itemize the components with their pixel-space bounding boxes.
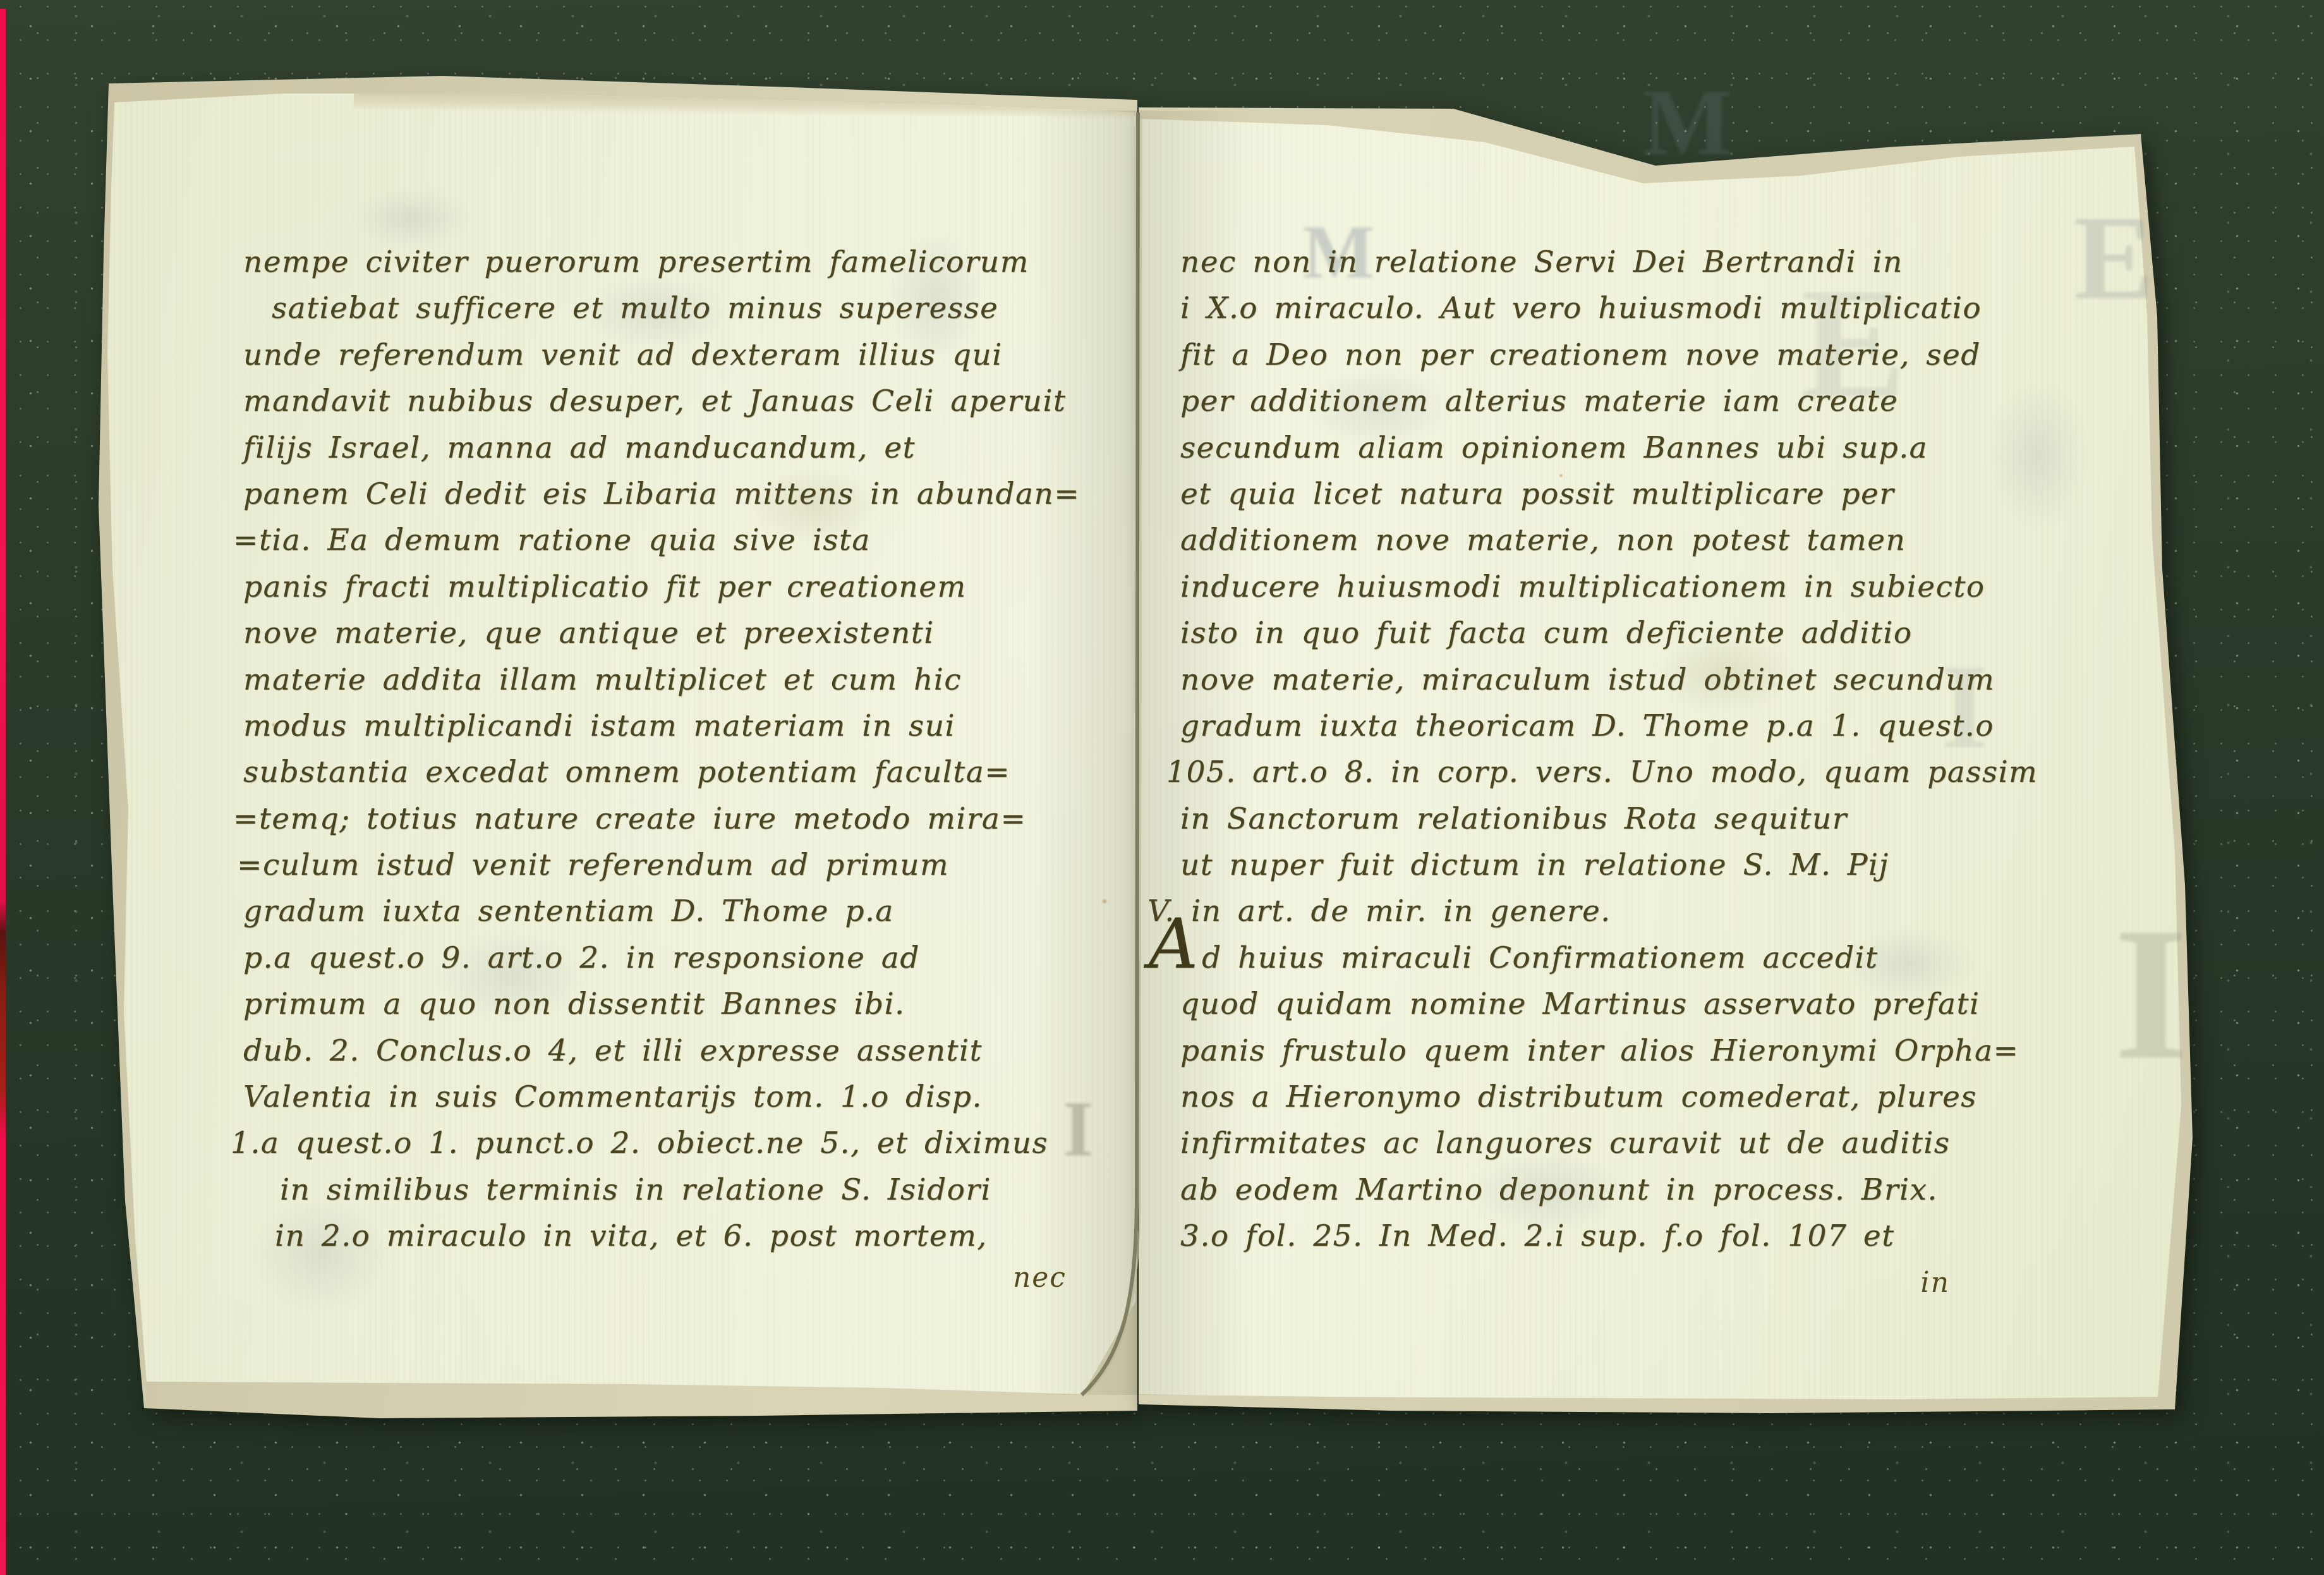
manuscript-line: filijs Israel, manna ad manducandum, et — [243, 425, 1122, 471]
manuscript-line: =culum istud venit referendum ad primum — [237, 842, 1122, 888]
manuscript-line: nec non in relatione Servi Dei Bertrandi… — [1180, 239, 2093, 285]
manuscript-line: in similibus terminis in relatione S. Is… — [280, 1167, 1122, 1213]
manuscript-line: quod quidam nomine Martinus asservato pr… — [1180, 981, 2093, 1027]
manuscript-line: satiebat sufficere et multo minus supere… — [272, 285, 1122, 331]
left-page-text: nempe civiter puerorum presertim famelic… — [243, 239, 1122, 1260]
manuscript-line: p.a quest.o 9. art.o 2. in responsione a… — [243, 935, 1122, 981]
manuscript-line: 1.a quest.o 1. punct.o 2. obiect.ne 5., … — [231, 1120, 1122, 1166]
manuscript-line: per additionem alterius materie iam crea… — [1180, 378, 2093, 424]
manuscript-line: panis frustulo quem inter alios Hieronym… — [1180, 1028, 2093, 1074]
manuscript-line: 105. art.o 8. in corp. vers. Uno modo, q… — [1166, 749, 2093, 795]
manuscript-line: =tia. Ea demum ratione quia sive ista — [233, 517, 1122, 563]
manuscript-line: nos a Hieronymo distributum comederat, p… — [1180, 1074, 2093, 1120]
manuscript-line: nove materie, que antique et preexistent… — [243, 610, 1122, 656]
manuscript-line: nempe civiter puerorum presertim famelic… — [243, 239, 1122, 285]
manuscript-line: in 2.o miraculo in vita, et 6. post mort… — [275, 1213, 1122, 1259]
manuscript-line: unde referendum venit ad dexteram illius… — [243, 332, 1122, 378]
manuscript-line: inducere huiusmodi multiplicationem in s… — [1180, 564, 2093, 610]
right-page-catchword: in — [1817, 1264, 1950, 1302]
manuscript-photo: M M E E I I I nempe civiter puerorum pre… — [0, 0, 2324, 1575]
manuscript-line: panis fracti multiplicatio fit per creat… — [243, 564, 1122, 610]
manuscript-line: =temq; totius nature create iure metodo … — [233, 796, 1122, 842]
left-page-catchword: nec — [934, 1259, 1067, 1297]
manuscript-line: V. in art. de mir. in genere. — [1147, 888, 2093, 934]
manuscript-line: 3.o fol. 25. In Med. 2.i sup. f.o fol. 1… — [1180, 1213, 2093, 1259]
manuscript-line: isto in quo fuit facta cum deficiente ad… — [1180, 610, 2093, 656]
manuscript-line: i X.o miraculo. Aut vero huiusmodi multi… — [1180, 285, 2093, 331]
manuscript-line: additionem nove materie, non potest tame… — [1180, 517, 2093, 563]
manuscript-line: materie addita illam multiplicet et cum … — [243, 657, 1122, 703]
manuscript-line: gradum iuxta theoricam D. Thome p.a 1. q… — [1180, 703, 2093, 749]
right-page-text: nec non in relatione Servi Dei Bertrandi… — [1180, 239, 2093, 1260]
manuscript-line: panem Celi dedit eis Libaria mittens in … — [243, 471, 1122, 517]
manuscript-line: et quia licet natura possit multiplicare… — [1180, 471, 2093, 517]
manuscript-line: fit a Deo non per creationem nove materi… — [1180, 332, 2093, 378]
manuscript-line: gradum iuxta sententiam D. Thome p.a — [243, 888, 1122, 934]
manuscript-line: nove materie, miraculum istud obtinet se… — [1180, 657, 2093, 703]
manuscript-line: ab eodem Martino deponunt in process. Br… — [1180, 1167, 2093, 1213]
bleedthrough-letter-I: I — [2114, 885, 2188, 1103]
manuscript-line: Ad huius miraculi Confirmationem accedit — [1180, 935, 2093, 981]
manuscript-line: mandavit nubibus desuper, et Januas Celi… — [243, 378, 1122, 424]
manuscript-line: primum a quo non dissentit Bannes ibi. — [243, 981, 1122, 1027]
manuscript-line: modus multiplicandi istam materiam in su… — [243, 703, 1122, 749]
manuscript-line: ut nuper fuit dictum in relatione S. M. … — [1180, 842, 2093, 888]
bleedthrough-letter-M: M — [1643, 68, 1733, 177]
manuscript-line: in Sanctorum relationibus Rota sequitur — [1180, 796, 2093, 842]
manuscript-line: Valentia in suis Commentarijs tom. 1.o d… — [243, 1074, 1122, 1120]
manuscript-line: dub. 2. Conclus.o 4, et illi expresse as… — [243, 1028, 1122, 1074]
manuscript-line: secundum aliam opinionem Bannes ubi sup.… — [1180, 425, 2093, 471]
manuscript-line: substantia excedat omnem potentiam facul… — [243, 749, 1122, 795]
manuscript-line: infirmitates ac languores curavit ut de … — [1180, 1120, 2093, 1166]
